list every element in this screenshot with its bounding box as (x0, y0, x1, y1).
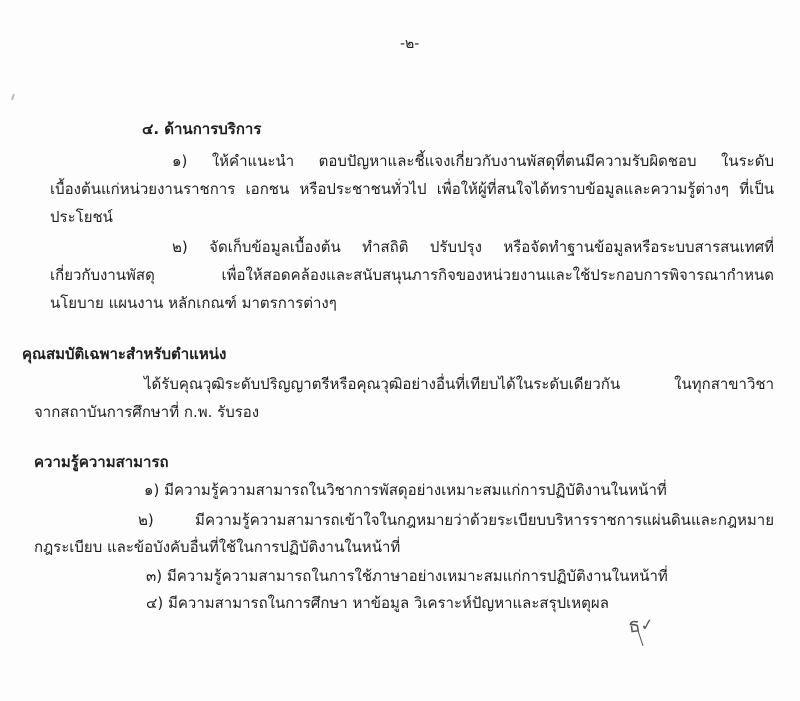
scan-speck (11, 94, 15, 100)
knowledge-item2-line1: ๒) มีความรู้ความสามารถเข้าใจในกฎหมายว่าด… (138, 510, 774, 530)
knowledge-item4: ๔) มีความสามารถในการศึกษา หาข้อมูล วิเคร… (146, 593, 609, 613)
knowledge-item3: ๓) มีความรู้ความสามารถในการใช้ภาษาอย่างเ… (146, 566, 668, 586)
handwritten-initials: ธ✓ (626, 606, 656, 641)
service-item1-line1: ๑) ให้คำแนะนำ ตอบปัญหาและชี้แจงเกี่ยวกับ… (172, 151, 774, 171)
document-page: -๒- ๔. ด้านการบริการ ๑) ให้คำแนะนำ ตอบปั… (0, 0, 800, 701)
section-knowledge-heading: ความรู้ความสามารถ (34, 452, 169, 472)
qualifications-line1: ได้รับคุณวุฒิระดับปริญญาตรีหรือคุณวุฒิอย… (144, 374, 774, 394)
section-service-heading: ๔. ด้านการบริการ (142, 119, 261, 139)
service-item1-line3: ประโยชน์ (50, 207, 113, 227)
page-number: -๒- (400, 34, 419, 54)
knowledge-item2-line2: กฎระเบียบ และข้อบังคับอื่นที่ใช้ในการปฏิ… (34, 537, 400, 557)
service-item2-line2: เกี่ยวกับงานพัสดุ เพื่อให้สอดคล้องและสนั… (50, 265, 774, 285)
check-mark-icon: ✓ (639, 614, 655, 635)
knowledge-item1: ๑) มีความรู้ความสามารถในวิชาการพัสดุอย่า… (144, 480, 667, 500)
service-item1-line2: เบื้องต้นแก่หน่วยงานราชการ เอกชน หรือประ… (50, 179, 774, 199)
service-item2-line3: นโยบาย แผนงาน หลักเกณฑ์ มาตรการต่างๆ (50, 293, 337, 313)
service-item2-line1: ๒) จัดเก็บข้อมูลเบื้องต้น ทำสถิติ ปรับปร… (172, 237, 774, 257)
section-qualifications-heading: คุณสมบัติเฉพาะสำหรับตำแหน่ง (22, 344, 226, 364)
qualifications-line2: จากสถาบันการศึกษาที่ ก.พ. รับรอง (34, 402, 259, 422)
